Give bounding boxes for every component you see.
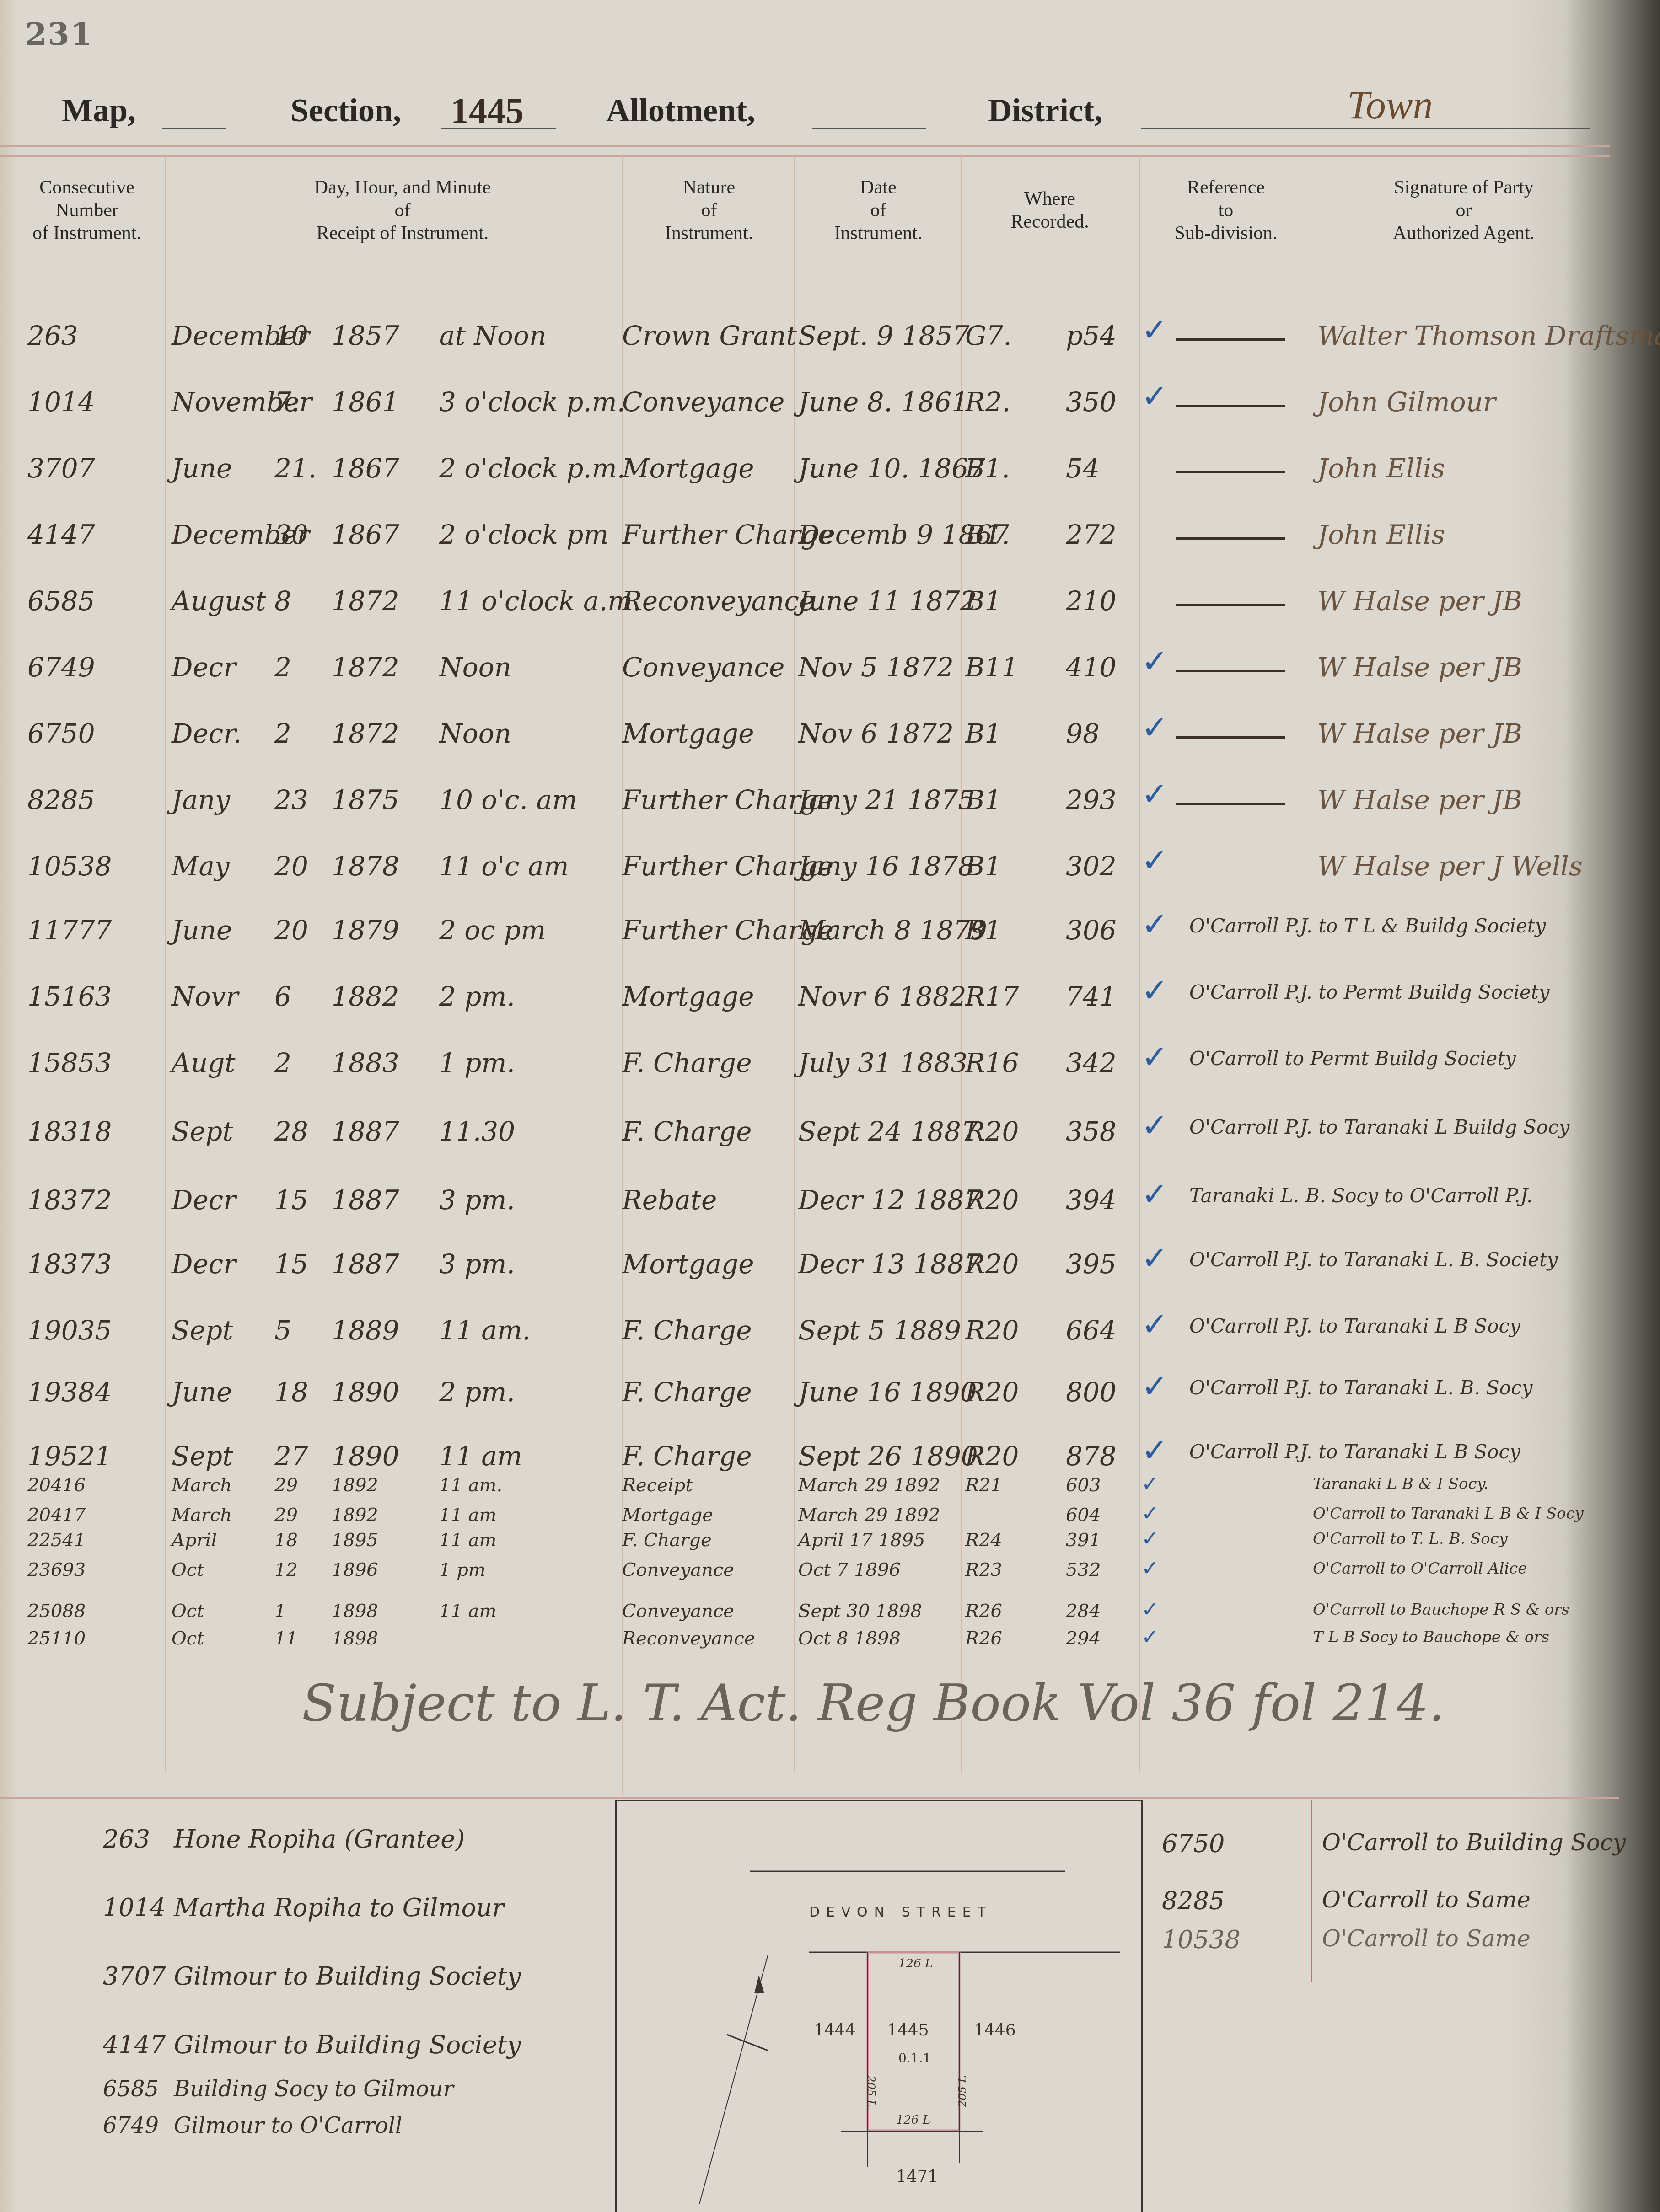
- receipt-year: 1861: [332, 386, 399, 418]
- recorded-page: 395: [1066, 1248, 1117, 1280]
- receipt-day: 30: [274, 519, 308, 550]
- subdivision-ref: O'Carroll P.J. to Permt Buildg Society: [1189, 981, 1549, 1003]
- instrument-date: Jany 21 1875: [798, 784, 975, 815]
- receipt-time: 11.30: [439, 1116, 515, 1147]
- receipt-month: Oct: [172, 1559, 204, 1580]
- subdivision-dash: [1176, 338, 1285, 341]
- signature: W Halse per JB: [1317, 585, 1522, 616]
- margin-line: [1311, 1800, 1312, 1982]
- instrument-nature: F. Charge: [622, 1116, 752, 1147]
- header-rule: [0, 145, 1610, 157]
- receipt-time: 11 am: [439, 1441, 522, 1472]
- receipt-time: 1 pm: [439, 1559, 486, 1580]
- instrument-number: 25110: [27, 1628, 86, 1649]
- receipt-time: 2 o'clock p.m.: [439, 453, 625, 484]
- recorded-book: R23: [965, 1559, 1002, 1580]
- subdivision-ref: O'Carroll P.J. to Taranaki L B Socy: [1189, 1315, 1520, 1337]
- subdivision-ref: Taranaki L B & I Socy.: [1313, 1475, 1488, 1493]
- recorded-page: 394: [1066, 1184, 1117, 1216]
- receipt-time: Noon: [439, 718, 511, 749]
- dim-right: 205 L: [956, 2075, 969, 2107]
- instrument-number: 6585: [27, 585, 95, 616]
- receipt-day: 5: [274, 1315, 291, 1346]
- transfer-number: 6585: [103, 2076, 159, 2102]
- instrument-number: 6750: [27, 718, 95, 749]
- receipt-time: 3 pm.: [439, 1248, 515, 1280]
- instrument-date: March 29 1892: [798, 1475, 940, 1496]
- instrument-nature: Reconveyance: [622, 1628, 755, 1649]
- recorded-page: 410: [1066, 652, 1117, 683]
- receipt-month: June: [172, 1376, 232, 1408]
- checkmark-icon: ✓: [1141, 1556, 1159, 1580]
- checkmark-icon: ✓: [1141, 1306, 1168, 1343]
- recorded-page: 302: [1066, 851, 1117, 882]
- instrument-date: Oct 7 1896: [798, 1559, 901, 1580]
- instrument-nature: F. Charge: [622, 1047, 752, 1078]
- instrument-number: 23693: [27, 1559, 86, 1580]
- checkmark-icon: ✓: [1141, 905, 1168, 943]
- subdivision-dash: [1176, 803, 1285, 805]
- receipt-day: 12: [274, 1559, 298, 1580]
- dim-top: 126 L: [898, 1957, 933, 1971]
- receipt-year: 1898: [332, 1601, 378, 1622]
- instrument-number: 10538: [27, 851, 112, 882]
- subdivision-ref: T L B Socy to Bauchope & ors: [1313, 1628, 1549, 1646]
- table-row: 10538May20187811 o'c amFurther ChargeJan…: [0, 851, 1619, 901]
- receipt-year: 1872: [332, 585, 399, 616]
- recorded-page: 741: [1066, 981, 1117, 1012]
- instrument-nature: Mortgage: [622, 981, 754, 1012]
- instrument-date: March 8 1879: [798, 915, 987, 946]
- recorded-page: 294: [1066, 1628, 1101, 1649]
- recorded-page: 800: [1066, 1376, 1117, 1408]
- section-value: 1445: [451, 91, 524, 132]
- table-row: 18318Sept28188711.30F. ChargeSept 24 188…: [0, 1116, 1619, 1166]
- receipt-year: 1890: [332, 1376, 399, 1408]
- receipt-time: 1 pm.: [439, 1047, 515, 1078]
- street-label: DEVON STREET: [809, 1904, 992, 1920]
- instrument-nature: Mortgage: [622, 1505, 713, 1526]
- column-header-subdivision: Reference to Sub-division.: [1144, 176, 1308, 245]
- receipt-year: 1889: [332, 1315, 399, 1346]
- recorded-page: 98: [1066, 718, 1100, 749]
- receipt-day: 8: [274, 585, 291, 616]
- subdivision-ref: O'Carroll to O'Carroll Alice: [1313, 1559, 1527, 1578]
- receipt-year: 1896: [332, 1559, 378, 1580]
- instrument-number: 22541: [27, 1530, 86, 1551]
- subdivision-ref: O'Carroll P.J. to T L & Buildg Society: [1189, 915, 1546, 937]
- checkmark-icon: ✓: [1141, 1107, 1168, 1144]
- receipt-day: 18: [274, 1530, 298, 1551]
- receipt-day: 2: [274, 718, 291, 749]
- instrument-nature: Receipt: [622, 1475, 693, 1496]
- instrument-nature: Mortgage: [622, 453, 754, 484]
- receipt-month: Augt: [172, 1047, 236, 1078]
- receipt-day: 21.: [274, 453, 317, 484]
- receipt-time: 11 am.: [439, 1475, 502, 1496]
- allotment-label: Allotment,: [606, 91, 755, 129]
- receipt-time: 11 am: [439, 1530, 496, 1551]
- transfer-number: 263: [103, 1825, 150, 1853]
- instrument-number: 15163: [27, 981, 112, 1012]
- recorded-book: R20: [965, 1184, 1019, 1216]
- instrument-nature: F. Charge: [622, 1441, 752, 1472]
- checkmark-icon: ✓: [1141, 311, 1168, 348]
- recorded-book: B1.: [965, 453, 1010, 484]
- receipt-month: Oct: [172, 1601, 204, 1622]
- instrument-date: Jany 16 1878: [798, 851, 975, 882]
- instrument-nature: F. Charge: [622, 1376, 752, 1408]
- instrument-date: Sept. 9 1857: [798, 320, 969, 351]
- register-page: 231 Map, Section, 1445 Allotment, Distri…: [0, 0, 1660, 2212]
- recorded-book: B1.: [965, 519, 1010, 550]
- subdivision-ref: O'Carroll P.J. to Taranaki L Buildg Socy: [1189, 1116, 1569, 1138]
- column-header-receipt: Day, Hour, and Minute of Receipt of Inst…: [238, 176, 567, 245]
- receipt-day: 29: [274, 1475, 298, 1496]
- receipt-time: 2 o'clock pm: [439, 519, 608, 550]
- instrument-number: 263: [27, 320, 78, 351]
- checkmark-icon: ✓: [1141, 1501, 1159, 1526]
- receipt-time: 11 o'clock a.m.: [439, 585, 641, 616]
- signature: W Halse per J Wells: [1317, 851, 1583, 882]
- recorded-page: 532: [1066, 1559, 1101, 1580]
- signature: W Halse per JB: [1317, 652, 1522, 683]
- instrument-number: 19035: [27, 1315, 112, 1346]
- instrument-date: Sept 30 1898: [798, 1601, 922, 1622]
- instrument-number: 3707: [27, 453, 95, 484]
- receipt-month: June: [172, 453, 232, 484]
- recorded-book: R24: [965, 1530, 1002, 1551]
- subdivision-dash: [1176, 405, 1285, 407]
- checkmark-icon: ✓: [1141, 775, 1168, 813]
- receipt-month: Jany: [172, 784, 230, 815]
- receipt-day: 6: [274, 981, 291, 1012]
- receipt-month: Oct: [172, 1628, 204, 1649]
- receipt-time: 11 am: [439, 1601, 496, 1622]
- signature: John Gilmour: [1317, 386, 1496, 418]
- receipt-time: 11 am: [439, 1505, 496, 1526]
- dim-left: 205 L: [865, 2075, 877, 2107]
- receipt-time: at Noon: [439, 320, 546, 351]
- lot-below: 1471: [896, 2167, 938, 2186]
- column-header-nature: Nature of Instrument.: [627, 176, 791, 245]
- receipt-year: 1898: [332, 1628, 378, 1649]
- lot-left: 1444: [814, 2021, 856, 2040]
- transfer-number: 6749: [103, 2113, 159, 2138]
- receipt-time: 3 pm.: [439, 1184, 515, 1216]
- receipt-time: 11 am.: [439, 1315, 531, 1346]
- subdivision-dash: [1176, 471, 1285, 473]
- signature: John Ellis: [1317, 453, 1445, 484]
- receipt-month: May: [172, 851, 230, 882]
- checkmark-icon: ✓: [1141, 643, 1168, 680]
- receipt-day: 2: [274, 652, 291, 683]
- receipt-day: 7.: [274, 386, 300, 418]
- table-row: 6750Decr.21872NoonMortgageNov 6 1872B198…: [0, 718, 1619, 768]
- recorded-page: 54: [1066, 453, 1100, 484]
- district-value: Town: [1347, 82, 1433, 129]
- transfer-text: Gilmour to Building Society: [174, 1962, 521, 1991]
- instrument-number: 20417: [27, 1505, 86, 1526]
- recorded-page: 272: [1066, 519, 1117, 550]
- signature: W Halse per JB: [1317, 784, 1522, 815]
- column-header-signature: Signature of Party or Authorized Agent.: [1317, 176, 1610, 245]
- header-fields: Map, Section, 1445 Allotment, District, …: [62, 82, 1571, 133]
- subdivision-dash: [1176, 537, 1285, 540]
- recorded-page: 284: [1066, 1601, 1101, 1622]
- receipt-day: 28: [274, 1116, 308, 1147]
- receipt-year: 1867: [332, 453, 399, 484]
- transfer-text: Martha Ropiha to Gilmour: [174, 1893, 504, 1922]
- receipt-year: 1878: [332, 851, 399, 882]
- table-row: 19035Sept5188911 am.F. ChargeSept 5 1889…: [0, 1315, 1619, 1365]
- receipt-year: 1892: [332, 1505, 378, 1526]
- instrument-date: June 10. 1867: [798, 453, 985, 484]
- recorded-book: R20: [965, 1376, 1019, 1408]
- receipt-day: 15: [274, 1184, 308, 1216]
- instrument-date: Sept 5 1889: [798, 1315, 961, 1346]
- recorded-page: 350: [1066, 386, 1117, 418]
- subdivision-ref: O'Carroll to T. L. B. Socy: [1313, 1530, 1508, 1548]
- instrument-number: 8285: [27, 784, 95, 815]
- receipt-month: June: [172, 915, 232, 946]
- checkmark-icon: ✓: [1141, 1597, 1159, 1622]
- instrument-number: 20416: [27, 1475, 86, 1496]
- receipt-year: 1887: [332, 1116, 399, 1147]
- table-row: 18372Decr1518873 pm.RebateDecr 12 1887R2…: [0, 1184, 1619, 1235]
- instrument-nature: Mortgage: [622, 718, 754, 749]
- receipt-month: March: [172, 1475, 232, 1496]
- subject-note: Subject to L. T. Act. Reg Book Vol 36 fo…: [302, 1674, 1445, 1732]
- column-header-recorded: Where Recorded.: [965, 187, 1134, 233]
- table-row: 11777June2018792 oc pmFurther ChargeMarc…: [0, 915, 1619, 965]
- instrument-date: June 11 1872: [798, 585, 977, 616]
- plan-sketch: DEVON STREET 1444 1445 1446 0.1.1 126 L …: [615, 1800, 1143, 2212]
- table-row: 15163Novr618822 pm.MortgageNovr 6 1882R1…: [0, 981, 1619, 1031]
- receipt-time: 11 o'c am: [439, 851, 569, 882]
- table-row: 263December101857at NoonCrown GrantSept.…: [0, 320, 1619, 370]
- receipt-day: 23: [274, 784, 308, 815]
- instrument-number: 1014: [27, 386, 95, 418]
- table-row: 4147December3018672 o'clock pmFurther Ch…: [0, 519, 1619, 569]
- receipt-year: 1879: [332, 915, 399, 946]
- checkmark-icon: ✓: [1141, 1471, 1159, 1496]
- receipt-month: Sept: [172, 1441, 233, 1472]
- recorded-book: R26: [965, 1601, 1002, 1622]
- table-row: 19384June1818902 pm.F. ChargeJune 16 189…: [0, 1376, 1619, 1427]
- lot-center: 1445: [887, 2021, 929, 2040]
- receipt-month: Decr: [172, 652, 236, 683]
- checkmark-icon: ✓: [1141, 1367, 1168, 1405]
- recorded-book: R21: [965, 1475, 1002, 1496]
- transfer-text: O'Carroll to Building Socy: [1322, 1829, 1626, 1856]
- receipt-year: 1872: [332, 718, 399, 749]
- instrument-date: Decr 13 1887: [798, 1248, 981, 1280]
- receipt-day: 11: [274, 1628, 298, 1649]
- checkmark-icon: ✓: [1141, 1038, 1168, 1076]
- recorded-page: 306: [1066, 915, 1117, 946]
- subdivision-ref: O'Carroll P.J. to Taranaki L. B. Society: [1189, 1248, 1558, 1271]
- transfer-number: 6750: [1162, 1829, 1225, 1858]
- checkmark-icon: ✓: [1141, 1431, 1168, 1469]
- recorded-book: B1: [965, 585, 1002, 616]
- receipt-year: 1887: [332, 1184, 399, 1216]
- recorded-page: p54: [1066, 320, 1117, 351]
- map-field: [162, 128, 226, 129]
- receipt-month: April: [172, 1530, 217, 1551]
- plan-drawing: [617, 1801, 1141, 2212]
- instrument-date: Novr 6 1882: [798, 981, 967, 1012]
- recorded-page: 604: [1066, 1505, 1101, 1526]
- transfer-text: O'Carroll to Same: [1322, 1886, 1531, 1913]
- subdivision-dash: [1176, 604, 1285, 606]
- transfer-text: Gilmour to O'Carroll: [174, 2113, 402, 2138]
- bottom-rule: [0, 1797, 1619, 1799]
- receipt-year: 1890: [332, 1441, 399, 1472]
- district-label: District,: [988, 91, 1102, 129]
- recorded-book: R20: [965, 1441, 1019, 1472]
- receipt-day: 15: [274, 1248, 308, 1280]
- instrument-number: 25088: [27, 1601, 86, 1622]
- subdivision-ref: O'Carroll P.J. to Taranaki L. B. Socy: [1189, 1376, 1532, 1399]
- receipt-month: Decr.: [172, 718, 242, 749]
- section-field: [441, 128, 556, 129]
- instrument-number: 18372: [27, 1184, 112, 1216]
- recorded-page: 210: [1066, 585, 1117, 616]
- recorded-book: R26: [965, 1628, 1002, 1649]
- receipt-month: August: [172, 585, 266, 616]
- recorded-book: B11: [965, 652, 1018, 683]
- table-row: 3707June21.18672 o'clock p.m.MortgageJun…: [0, 453, 1619, 503]
- instrument-nature: Rebate: [622, 1184, 717, 1216]
- signature: W Halse per JB: [1317, 718, 1522, 749]
- instrument-nature: Conveyance: [622, 1559, 734, 1580]
- receipt-time: 3 o'clock p.m.: [439, 386, 625, 418]
- table-row: 25110Oct111898ReconveyanceOct 8 1898R262…: [0, 1628, 1619, 1678]
- transfer-text: O'Carroll to Same: [1322, 1925, 1531, 1952]
- receipt-month: Novr: [172, 981, 238, 1012]
- receipt-day: 18: [274, 1376, 308, 1408]
- instrument-date: Decr 12 1887: [798, 1184, 981, 1216]
- table-row: 6749Decr21872NoonConveyanceNov 5 1872B11…: [0, 652, 1619, 702]
- receipt-day: 20: [274, 851, 308, 882]
- instrument-number: 18318: [27, 1116, 112, 1147]
- instrument-date: April 17 1895: [798, 1530, 925, 1551]
- instrument-number: 4147: [27, 519, 95, 550]
- lot-area: 0.1.1: [898, 2051, 931, 2066]
- instrument-date: June 16 1890: [798, 1376, 977, 1408]
- table-row: 18373Decr1518873 pm.MortgageDecr 13 1887…: [0, 1248, 1619, 1299]
- subdivision-ref: O'Carroll P.J. to Taranaki L B Socy: [1189, 1441, 1520, 1463]
- recorded-page: 878: [1066, 1441, 1117, 1472]
- instrument-nature: F. Charge: [622, 1530, 712, 1551]
- instrument-date: Nov 6 1872: [798, 718, 954, 749]
- receipt-month: Decr: [172, 1184, 236, 1216]
- table-row: 6585August8187211 o'clock a.m.Reconveyan…: [0, 585, 1619, 636]
- transfer-text: Building Socy to Gilmour: [174, 2076, 454, 2102]
- instrument-date: Sept 24 1887: [798, 1116, 978, 1147]
- receipt-year: 1887: [332, 1248, 399, 1280]
- map-label: Map,: [62, 91, 136, 129]
- recorded-book: R17: [965, 981, 1019, 1012]
- receipt-time: 10 o'c. am: [439, 784, 577, 815]
- recorded-book: B1: [965, 915, 1002, 946]
- instrument-nature: Conveyance: [622, 1601, 734, 1622]
- receipt-day: 29: [274, 1505, 298, 1526]
- transfer-number: 4147: [103, 2030, 166, 2059]
- recorded-book: R2.: [965, 386, 1010, 418]
- subdivision-ref: O'Carroll to Bauchope R S & ors: [1313, 1601, 1569, 1619]
- instrument-number: 15853: [27, 1047, 112, 1078]
- checkmark-icon: ✓: [1141, 709, 1168, 746]
- checkmark-icon: ✓: [1141, 1526, 1159, 1551]
- transfer-number: 1014: [103, 1893, 166, 1922]
- transfer-text: Gilmour to Building Society: [174, 2030, 521, 2059]
- recorded-page: 603: [1066, 1475, 1101, 1496]
- subdivision-dash: [1176, 670, 1285, 672]
- receipt-day: 10: [274, 320, 308, 351]
- subdivision-dash: [1176, 736, 1285, 739]
- instrument-number: 18373: [27, 1248, 112, 1280]
- transfer-text: Hone Ropiha (Grantee): [174, 1825, 465, 1853]
- subdivision-ref: Taranaki L. B. Socy to O'Carroll P.J.: [1189, 1184, 1532, 1207]
- instrument-date: June 8. 1861: [798, 386, 968, 418]
- receipt-year: 1882: [332, 981, 399, 1012]
- instrument-nature: Reconveyance: [622, 585, 815, 616]
- instrument-date: July 31 1883: [798, 1047, 967, 1078]
- receipt-month: March: [172, 1505, 232, 1526]
- receipt-day: 2: [274, 1047, 291, 1078]
- receipt-year: 1875: [332, 784, 399, 815]
- subdivision-ref: O'Carroll to Permt Buildg Society: [1189, 1047, 1516, 1070]
- instrument-date: Oct 8 1898: [798, 1628, 901, 1649]
- checkmark-icon: ✓: [1141, 841, 1168, 879]
- recorded-book: R20: [965, 1248, 1019, 1280]
- section-label: Section,: [290, 91, 401, 129]
- table-row: 15853Augt218831 pm.F. ChargeJuly 31 1883…: [0, 1047, 1619, 1098]
- checkmark-icon: ✓: [1141, 1624, 1159, 1649]
- signature: Walter Thomson Draftsman: [1317, 320, 1660, 351]
- checkmark-icon: ✓: [1141, 377, 1168, 415]
- instrument-nature: Conveyance: [622, 652, 784, 683]
- receipt-time: 2 pm.: [439, 1376, 515, 1408]
- table-row: 1014November7.18613 o'clock p.m.Conveyan…: [0, 386, 1619, 437]
- recorded-page: 342: [1066, 1047, 1117, 1078]
- transfer-number: 10538: [1162, 1925, 1241, 1954]
- receipt-year: 1857: [332, 320, 399, 351]
- recorded-book: B1: [965, 851, 1002, 882]
- receipt-day: 20: [274, 915, 308, 946]
- receipt-year: 1883: [332, 1047, 399, 1078]
- instrument-nature: Mortgage: [622, 1248, 754, 1280]
- receipt-year: 1867: [332, 519, 399, 550]
- district-field: [1141, 128, 1590, 129]
- signature: John Ellis: [1317, 519, 1445, 550]
- recorded-book: B1: [965, 784, 1002, 815]
- receipt-month: Sept: [172, 1315, 233, 1346]
- recorded-book: B1: [965, 718, 1002, 749]
- table-row: 8285Jany23187510 o'c. amFurther ChargeJa…: [0, 784, 1619, 835]
- transfer-number: 3707: [103, 1962, 166, 1991]
- instrument-nature: Crown Grant: [622, 320, 797, 351]
- column-header-date: Date of Instrument.: [796, 176, 961, 245]
- subdivision-ref: O'Carroll to Taranaki L B & I Socy: [1313, 1505, 1584, 1523]
- checkmark-icon: ✓: [1141, 1239, 1168, 1277]
- north-arrow-icon: [754, 1975, 764, 1993]
- recorded-book: R20: [965, 1116, 1019, 1147]
- instrument-number: 11777: [27, 915, 112, 946]
- receipt-month: Sept: [172, 1116, 233, 1147]
